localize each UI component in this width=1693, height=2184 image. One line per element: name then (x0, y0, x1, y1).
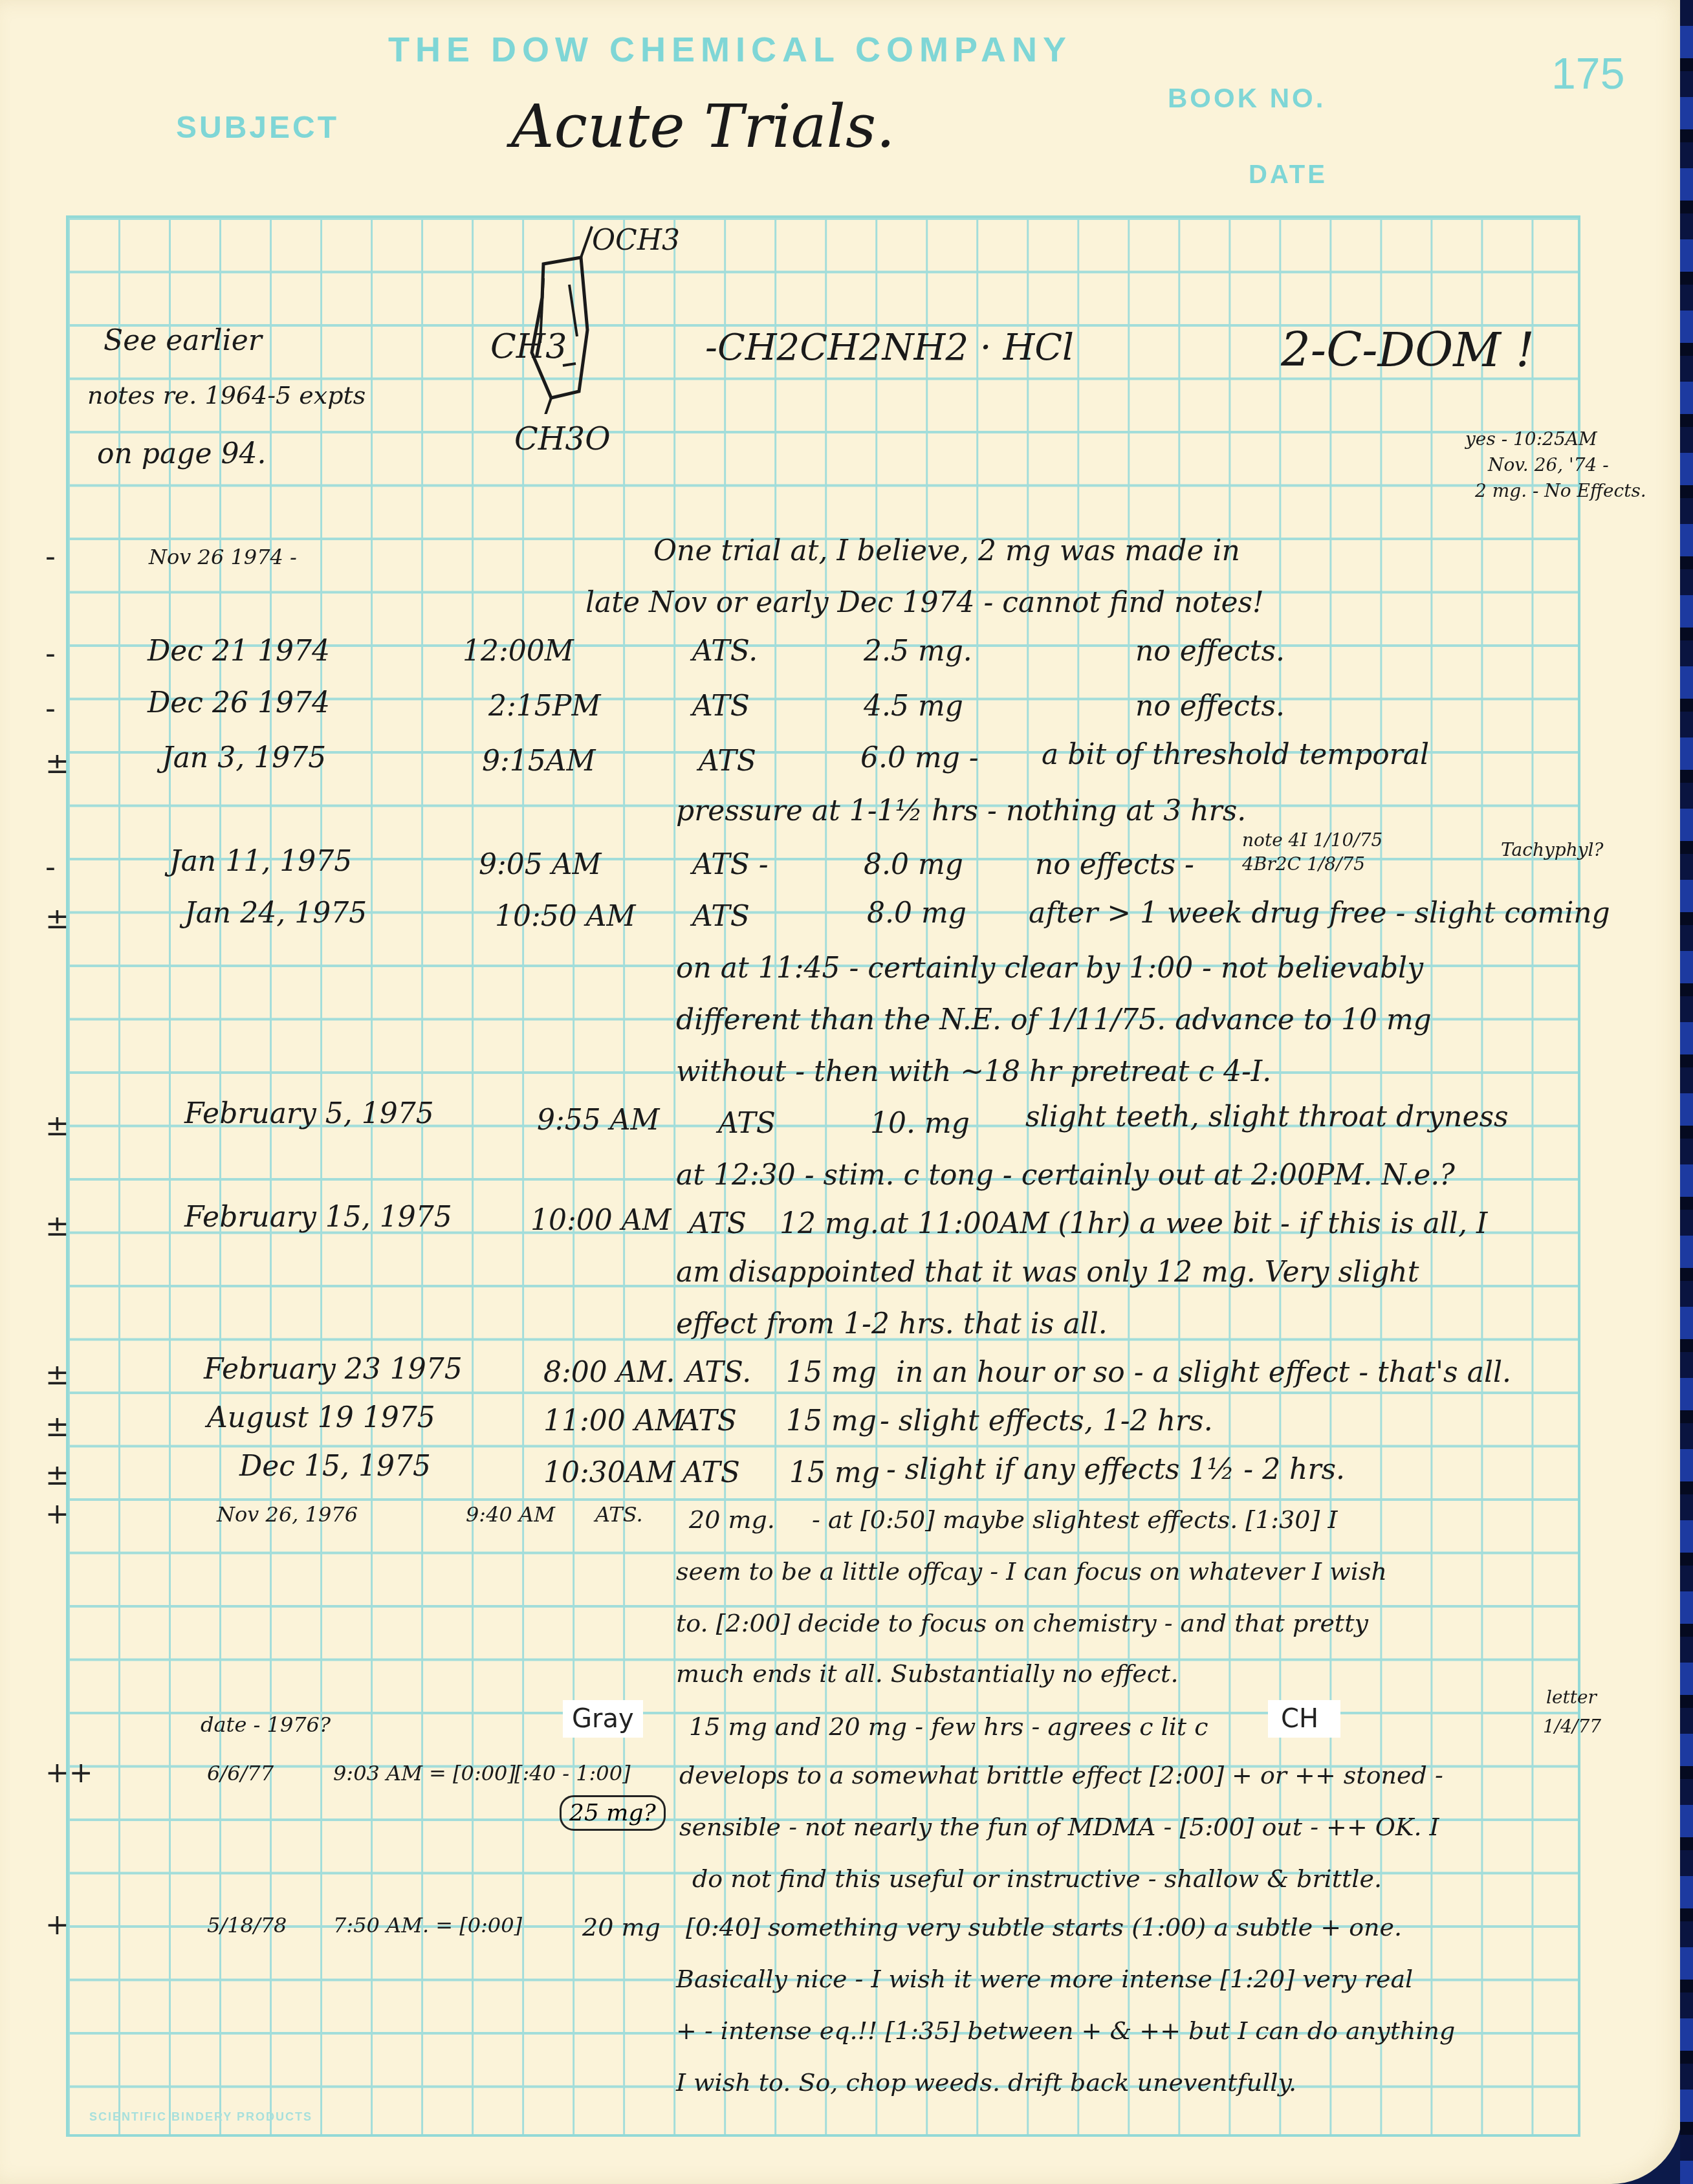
entry-time: 9:05 AM (479, 851, 602, 879)
company-header: THE DOW CHEMICAL COMPANY (388, 30, 1072, 70)
book-no-label: BOOK NO. (1168, 83, 1326, 114)
entry-time: 10:50 AM (495, 902, 636, 931)
rating-mark: ± (45, 1359, 69, 1392)
entry-dose: 2.5 mg. (864, 637, 972, 666)
see-earlier-line-3: on page 94. (97, 440, 266, 468)
entry-time: 9:03 AM = [0:00] (333, 1763, 516, 1784)
entry-aside: letter (1546, 1688, 1597, 1707)
entry-time: 10:30AM (543, 1459, 675, 1487)
rating-mark: ± (45, 747, 69, 780)
entry-note: - slight effects, 1-2 hrs. (880, 1407, 1213, 1436)
date-label: DATE (1249, 160, 1327, 190)
entry-note: no effects - (1035, 851, 1194, 879)
entry-note: develops to a somewhat brittle effect [2… (679, 1763, 1443, 1787)
notebook-binding (1680, 0, 1693, 2184)
subject-title: Acute Trials. (511, 97, 895, 157)
entry-dose: 15 mg (786, 1407, 877, 1436)
entry-time: 12:00M (463, 637, 574, 666)
entry-date: February 5, 1975 (184, 1100, 434, 1128)
margin-note-line-1: yes - 10:25AM (1465, 430, 1597, 448)
entry-dose: 10. mg (870, 1109, 970, 1138)
entry-date: February 23 1975 (204, 1355, 463, 1384)
rating-mark: - (45, 692, 56, 725)
entry-aside: Tachyphyl? (1501, 841, 1603, 859)
entry-note: to. [2:00] decide to focus on chemistry … (676, 1611, 1368, 1635)
entry-dose: 15 mg (786, 1359, 877, 1387)
entry-route: ATS. (595, 1504, 643, 1525)
entry-note: no effects. (1135, 637, 1285, 666)
entry-date: Nov 26, 1976 (217, 1504, 358, 1525)
entry-note: a bit of threshold temporal (1042, 741, 1429, 769)
entry-note: different than the N.E. of 1/11/75. adva… (676, 1006, 1432, 1034)
entry-route: ATS - (692, 851, 769, 879)
entry-date: Dec 21 1974 (147, 637, 330, 666)
entry-time: 2:15PM (488, 692, 600, 721)
entry-dose: 20 mg (582, 1915, 661, 1939)
entry-note: without - then with ~18 hr pretreat c 4-… (676, 1058, 1271, 1086)
entry-date: Jan 24, 1975 (184, 899, 367, 928)
rating-mark: ± (45, 1109, 69, 1142)
entry-note: sensible - not nearly the fun of MDMA - … (679, 1815, 1439, 1839)
entry-time: 9:40 AM (466, 1504, 555, 1525)
entry-date: Dec 15, 1975 (239, 1452, 431, 1481)
entry-note: + - intense eq.!! [1:35] between + & ++ … (676, 2018, 1455, 2043)
entry-time: 10:00 AM (530, 1207, 672, 1235)
entry-note: effect from 1-2 hrs. that is all. (676, 1310, 1108, 1338)
entry-dose: 6.0 mg - (860, 744, 979, 772)
margin-note-line-2: Nov. 26, '74 - (1488, 456, 1609, 474)
entry-aside: 1/4/77 (1543, 1718, 1601, 1736)
entry-time: 9:55 AM (537, 1106, 660, 1135)
rating-mark: ± (45, 1210, 69, 1243)
see-earlier-line-1: See earlier (104, 327, 262, 355)
margin-note-line-3: 2 mg. - No Effects. (1475, 482, 1646, 500)
entry-route: ATS (718, 1109, 776, 1138)
rating-mark: - (45, 637, 56, 670)
entry-date: 6/6/77 (207, 1763, 274, 1784)
entry-date: Jan 3, 1975 (162, 744, 326, 772)
entry-date: February 15, 1975 (184, 1203, 452, 1232)
entry-note: am disappointed that it was only 12 mg. … (676, 1258, 1419, 1287)
entry-note: pressure at 1-1½ hrs - nothing at 3 hrs. (676, 797, 1246, 825)
compound-left-top: CH3 (490, 330, 567, 364)
redacted-name-label: Gray (563, 1700, 643, 1738)
entry-dose: 4.5 mg (864, 692, 963, 721)
circled-dose-note: 25 mg? (560, 1795, 666, 1831)
entry-date: Nov 26 1974 - (149, 547, 297, 567)
entry-note: at 12:30 - stim. c tong - certainly out … (676, 1161, 1455, 1190)
entry-date: 5/18/78 (207, 1915, 287, 1936)
entry-note: - slight if any effects 1½ - 2 hrs. (886, 1456, 1345, 1484)
entry-note: late Nov or early Dec 1974 - cannot find… (585, 589, 1264, 617)
entry-note: do not find this useful or instructive -… (692, 1866, 1382, 1891)
entry-note: I wish to. So, chop weeds. drift back un… (676, 2070, 1296, 2095)
entry-note: at 11:00AM (1hr) a wee bit - if this is … (880, 1210, 1487, 1238)
entry-note: in an hour or so - a slight effect - tha… (896, 1359, 1511, 1387)
entry-time: 8:00 AM. (543, 1359, 675, 1387)
rating-mark: + (45, 1498, 69, 1531)
entry-aside: note 4I 1/10/75 (1242, 831, 1382, 849)
rating-mark: - (45, 851, 56, 884)
entry-note: 15 mg and 20 mg - few hrs - agrees c lit… (689, 1714, 1208, 1739)
entry-note: One trial at, I believe, 2 mg was made i… (653, 537, 1240, 565)
entry-date: August 19 1975 (207, 1404, 435, 1432)
subject-label: SUBJECT (176, 110, 339, 146)
page-number: 175 (1551, 49, 1624, 99)
see-earlier-line-2: notes re. 1964-5 expts (87, 383, 366, 408)
entry-date: Jan 11, 1975 (169, 847, 352, 876)
entry-aside: 4Br2C 1/8/75 (1242, 855, 1365, 873)
entry-note: slight teeth, slight throat dryness (1025, 1103, 1509, 1131)
rating-mark: ± (45, 902, 69, 935)
entry-time: 11:00 AM (543, 1407, 684, 1436)
rating-mark: + (45, 1908, 69, 1941)
entry-dose: [:40 - 1:00] (514, 1763, 630, 1784)
entry-route: ATS (692, 692, 750, 721)
entry-dose: 8.0 mg (864, 851, 963, 879)
entry-date: date - 1976? (201, 1714, 331, 1735)
entry-dose: 20 mg. (689, 1507, 775, 1532)
compound-side-chain: -CH2CH2NH2 · HCl (705, 330, 1074, 366)
entry-note: seem to be a little offcay - I can focus… (676, 1559, 1387, 1584)
compound-name: 2-C-DOM ! (1281, 327, 1535, 373)
entry-route: ATS. (686, 1359, 751, 1387)
entry-route: ATS (699, 747, 756, 776)
entry-dose: 8.0 mg (867, 899, 967, 928)
compound-top-substituent: OCH3 (592, 226, 680, 255)
entry-note: - at [0:50] maybe slightest effects. [1:… (812, 1507, 1337, 1532)
entry-route: ATS (679, 1407, 737, 1436)
rating-mark: ± (45, 1410, 69, 1443)
entry-date: Dec 26 1974 (147, 689, 330, 717)
entry-dose: 12 mg. (780, 1210, 879, 1238)
entry-note: Basically nice - I wish it were more int… (676, 1967, 1413, 1991)
entry-note: much ends it all. Substantially no effec… (676, 1661, 1178, 1686)
rating-mark: - (45, 540, 56, 573)
entry-note: no effects. (1135, 692, 1285, 721)
compound-left-bottom: CH3O (514, 424, 610, 455)
entry-note: on at 11:45 - certainly clear by 1:00 - … (676, 954, 1423, 983)
entry-time: 9:15AM (482, 747, 596, 776)
entry-note: after > 1 week drug free - slight coming (1029, 899, 1610, 928)
entry-dose: 15 mg (789, 1459, 880, 1487)
entry-route: ATS (683, 1459, 740, 1487)
entry-note: [0:40] something very subtle starts (1:0… (686, 1915, 1402, 1939)
entry-time: 7:50 AM. = [0:00] (333, 1915, 522, 1936)
notebook-page: THE DOW CHEMICAL COMPANY SUBJECT BOOK NO… (0, 0, 1682, 2184)
redacted-initials-label: CH (1268, 1700, 1340, 1738)
entry-route: ATS (692, 902, 750, 931)
printer-footer: SCIENTIFIC BINDERY PRODUCTS (89, 2110, 312, 2124)
rating-mark: ± (45, 1459, 69, 1492)
rating-mark: ++ (45, 1756, 93, 1789)
entry-route: ATS (689, 1210, 747, 1238)
entry-route: ATS. (692, 637, 758, 666)
